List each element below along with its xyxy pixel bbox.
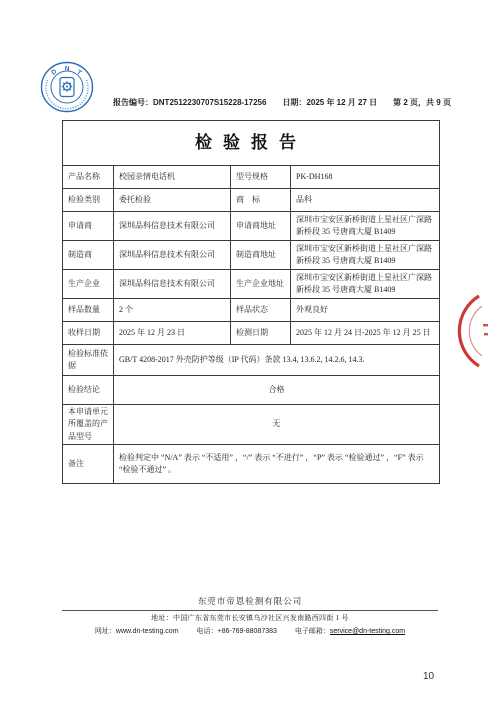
row-label: 型号规格 [231, 166, 291, 189]
row-label: 检验类别 [63, 189, 114, 212]
row-value: 深圳市宝安区新桥街道上星社区广深路新桥段 35 号唐商大厦 B1409 [291, 270, 440, 299]
report-date: 日期：2025 年 12 月 27 日 [282, 97, 377, 108]
row-label: 备注 [63, 445, 114, 484]
row-value: 检验判定中 “N/A” 表示 “不适用” ，“/” 表示 “不进行” ，“P” … [114, 445, 440, 484]
footer-email: 电子邮箱：service@dn-testing.com [295, 626, 405, 636]
row-value: 深圳品科信息技术有限公司 [114, 212, 231, 241]
row-value: 深圳市宝安区新桥街道上星社区广深路新桥段 35 号唐商大厦 B1409 [291, 241, 440, 270]
row-label: 申请商 [63, 212, 114, 241]
row-value: 委托检验 [114, 189, 231, 212]
table-row: 样品数量 2 个 样品状态 外观良好 [63, 299, 440, 322]
footer-address: 地址：中国广东省东莞市长安镇乌沙社区兴发南路西四街 1 号 [0, 613, 500, 623]
inspection-report-table: 检验报告 产品名称 校园亲情电话机 型号规格 PK-DH168 检验类别 委托检… [62, 120, 440, 484]
footer-company-name: 东莞市帝恩检测有限公司 [0, 595, 500, 607]
table-row: 本申请单元所覆盖的产品型号 无 [63, 405, 440, 445]
conclusion-value: 合格 [114, 376, 440, 405]
row-value: 2025 年 12 月 23 日 [114, 322, 231, 345]
report-title-row: 检验报告 [63, 121, 440, 166]
row-value: 深圳品科信息技术有限公司 [114, 241, 231, 270]
row-label: 收样日期 [63, 322, 114, 345]
table-row: 产品名称 校园亲情电话机 型号规格 PK-DH168 [63, 166, 440, 189]
page-number: 10 [423, 671, 434, 682]
row-value: 深圳品科信息技术有限公司 [114, 270, 231, 299]
row-label: 本申请单元所覆盖的产品型号 [63, 405, 114, 445]
row-value: 无 [114, 405, 440, 445]
row-label: 检验结论 [63, 376, 114, 405]
row-label: 生产企业地址 [231, 270, 291, 299]
row-value: PK-DH168 [291, 166, 440, 189]
row-value: 2025 年 12 月 24 日-2025 年 12 月 25 日 [291, 322, 440, 345]
row-label: 检测日期 [231, 322, 291, 345]
table-row: 申请商 深圳品科信息技术有限公司 申请商地址 深圳市宝安区新桥街道上星社区广深路… [63, 212, 440, 241]
footer: 东莞市帝恩检测有限公司 地址：中国广东省东莞市长安镇乌沙社区兴发南路西四街 1 … [0, 595, 500, 636]
footer-phone: 电话：+86-769-88087383 [197, 626, 277, 636]
row-label: 样品状态 [231, 299, 291, 322]
seal-arc-icon [449, 293, 489, 369]
dnt-logo: D N T [38, 60, 96, 114]
row-value: 2 个 [114, 299, 231, 322]
table-row: 检验标准依据 GB/T 4208-2017 外壳防护等级（IP 代码）条款 13… [63, 345, 440, 376]
report-title: 检验报告 [195, 133, 307, 152]
footer-divider [62, 610, 438, 611]
footer-website: 网址：www.dn-testing.com [95, 626, 179, 636]
row-label: 生产企业 [63, 270, 114, 299]
dnt-logo-icon: D N T [38, 60, 96, 114]
row-label: 制造商地址 [231, 241, 291, 270]
table-row: 收样日期 2025 年 12 月 23 日 检测日期 2025 年 12 月 2… [63, 322, 440, 345]
table-row: 检验结论 合格 [63, 376, 440, 405]
row-label: 样品数量 [63, 299, 114, 322]
table-row: 备注 检验判定中 “N/A” 表示 “不适用” ，“/” 表示 “不进行” ，“… [63, 445, 440, 484]
email-link[interactable]: service@dn-testing.com [330, 628, 405, 635]
row-value: GB/T 4208-2017 外壳防护等级（IP 代码）条款 13.4, 13.… [114, 345, 440, 376]
row-label: 产品名称 [63, 166, 114, 189]
table-row: 制造商 深圳品科信息技术有限公司 制造商地址 深圳市宝安区新桥街道上星社区广深路… [63, 241, 440, 270]
red-seal [449, 293, 489, 369]
footer-contact-line: 网址：www.dn-testing.com 电话：+86-769-8808738… [0, 626, 500, 636]
row-value: 校园亲情电话机 [114, 166, 231, 189]
header-info: 报告编号：DNT2512230707S15228-17256 日期：2025 年… [113, 97, 473, 108]
row-label: 制造商 [63, 241, 114, 270]
table-row: 检验类别 委托检验 商 标 品科 [63, 189, 440, 212]
page-info: 第 2 页，共 9 页 [393, 97, 451, 108]
row-label: 商 标 [231, 189, 291, 212]
table-row: 生产企业 深圳品科信息技术有限公司 生产企业地址 深圳市宝安区新桥街道上星社区广… [63, 270, 440, 299]
row-label: 检验标准依据 [63, 345, 114, 376]
report-number: 报告编号：DNT2512230707S15228-17256 [113, 97, 266, 108]
svg-text:N: N [65, 66, 70, 73]
row-value: 品科 [291, 189, 440, 212]
row-label: 申请商地址 [231, 212, 291, 241]
row-value: 深圳市宝安区新桥街道上星社区广深路新桥段 35 号唐商大厦 B1409 [291, 212, 440, 241]
report-page: D N T 报告编号：DNT2512230707S15228-17256 日期：… [0, 0, 500, 707]
row-value: 外观良好 [291, 299, 440, 322]
